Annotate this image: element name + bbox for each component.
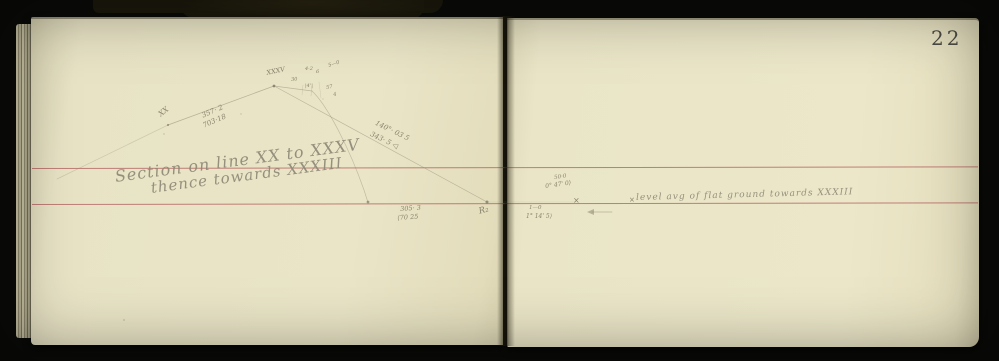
- right-page: [507, 18, 979, 347]
- page-number: 22: [931, 26, 962, 50]
- left-page: [31, 17, 503, 345]
- book-gutter: [497, 16, 515, 346]
- page-edge-stack: [16, 24, 32, 338]
- notebook-scan: Section on line XX to XXXVthence towards…: [0, 0, 999, 361]
